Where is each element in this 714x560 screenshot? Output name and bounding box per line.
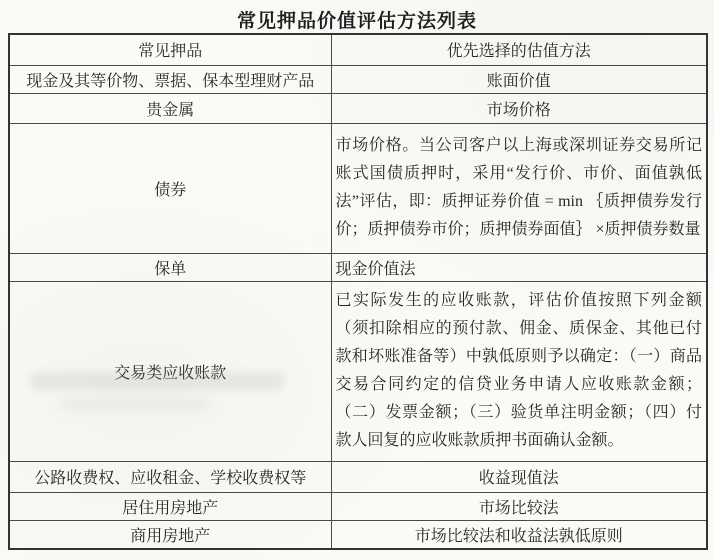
table-row: 贵金属 市场价格 xyxy=(9,93,707,123)
method-cell: 账面价值 xyxy=(331,65,707,93)
header-collateral: 常见押品 xyxy=(9,34,331,65)
method-cell: 市场价格 xyxy=(331,93,707,123)
collateral-cell: 债券 xyxy=(9,123,331,253)
method-cell: 收益现值法 xyxy=(331,461,707,492)
table-row: 现金及其等价物、票据、保本型理财产品 账面价值 xyxy=(9,65,707,93)
method-cell: 市场比较法和收益法孰低原则 xyxy=(331,520,707,549)
table-row: 公路收费权、应收租金、学校收费权等 收益现值法 xyxy=(9,461,707,492)
method-cell: 市场比较法 xyxy=(331,492,707,520)
collateral-cell: 贵金属 xyxy=(9,93,331,123)
collateral-cell: 现金及其等价物、票据、保本型理财产品 xyxy=(9,65,331,93)
table-row: 商用房地产 市场比较法和收益法孰低原则 xyxy=(9,520,707,549)
collateral-cell: 交易类应收账款 xyxy=(9,281,331,461)
table-row: 债券 市场价格。当公司客户以上海或深圳证券交易所记账式国债质押时，采用“发行价、… xyxy=(9,123,707,253)
table-row: 保单 现金价值法 xyxy=(9,253,707,281)
method-cell: 市场价格。当公司客户以上海或深圳证券交易所记账式国债质押时，采用“发行价、市价、… xyxy=(331,123,707,253)
method-cell: 现金价值法 xyxy=(331,253,707,281)
collateral-cell: 商用房地产 xyxy=(9,520,331,549)
table-row: 居住用房地产 市场比较法 xyxy=(9,492,707,520)
document-title: 常见押品价值评估方法列表 xyxy=(0,6,714,33)
header-method: 优先选择的估值方法 xyxy=(331,34,707,65)
collateral-valuation-table: 常见押品 优先选择的估值方法 现金及其等价物、票据、保本型理财产品 账面价值 贵… xyxy=(8,33,708,550)
table-row: 交易类应收账款 已实际发生的应收账款，评估价值按照下列金额（须扣除相应的预付款、… xyxy=(9,281,707,461)
table-header-row: 常见押品 优先选择的估值方法 xyxy=(9,34,707,65)
method-cell: 已实际发生的应收账款，评估价值按照下列金额（须扣除相应的预付款、佣金、质保金、其… xyxy=(331,281,707,461)
collateral-cell: 公路收费权、应收租金、学校收费权等 xyxy=(9,461,331,492)
collateral-cell: 居住用房地产 xyxy=(9,492,331,520)
collateral-cell: 保单 xyxy=(9,253,331,281)
